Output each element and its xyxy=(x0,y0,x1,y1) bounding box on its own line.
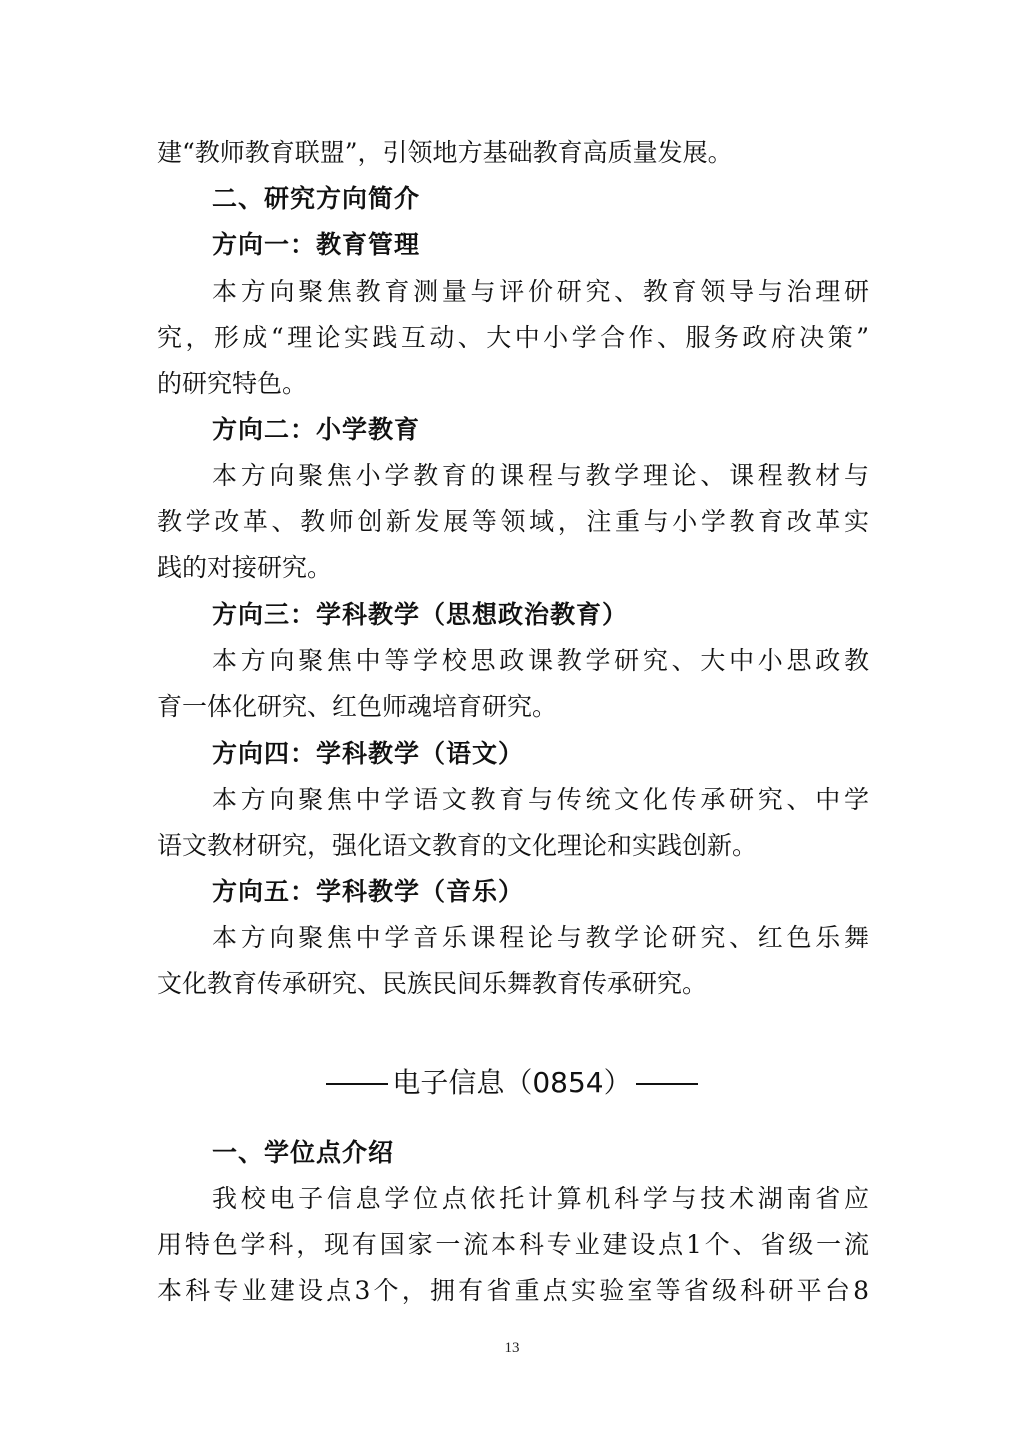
continuation-paragraph-line: 建“教师教育联盟”，引领地方基础教育高质量发展。 xyxy=(157,130,869,176)
direction-3-paragraph-line: 育一体化研究、红色师魂培育研究。 xyxy=(157,684,869,730)
section-heading-degree-intro: 一、学位点介绍 xyxy=(212,1130,394,1176)
direction-1-heading: 方向一：教育管理 xyxy=(212,222,420,268)
direction-4-paragraph-line: 本方向聚焦中学语文教育与传统文化传承研究、中学 xyxy=(212,777,869,823)
degree-intro-paragraph-line: 本科专业建设点3个，拥有省重点实验室等省级科研平台8 xyxy=(157,1268,869,1314)
degree-intro-paragraph-line: 我校电子信息学位点依托计算机科学与技术湖南省应 xyxy=(212,1176,869,1222)
direction-2-heading: 方向二：小学教育 xyxy=(212,407,420,453)
program-title: 电子信息（0854） xyxy=(0,1058,1024,1108)
direction-2-paragraph-line: 践的对接研究。 xyxy=(157,545,869,591)
direction-3-heading: 方向三：学科教学（思想政治教育） xyxy=(212,592,628,638)
document-page: 建“教师教育联盟”，引领地方基础教育高质量发展。 二、研究方向简介 方向一：教育… xyxy=(0,0,1024,1448)
direction-3-paragraph-line: 本方向聚焦中等学校思政课教学研究、大中小思政教 xyxy=(212,638,869,684)
section-heading-research-directions: 二、研究方向简介 xyxy=(212,176,420,222)
page-number: 13 xyxy=(0,1340,1024,1357)
direction-4-paragraph-line: 语文教材研究，强化语文教育的文化理论和实践创新。 xyxy=(157,823,869,869)
program-title-text: 电子信息（0854） xyxy=(392,1066,631,1099)
degree-intro-paragraph-line: 用特色学科，现有国家一流本科专业建设点1个、省级一流 xyxy=(157,1222,869,1268)
direction-5-paragraph-line: 文化教育传承研究、民族民间乐舞教育传承研究。 xyxy=(157,961,869,1007)
direction-5-heading: 方向五：学科教学（音乐） xyxy=(212,869,524,915)
direction-1-paragraph-line: 本方向聚焦教育测量与评价研究、教育领导与治理研 xyxy=(212,269,869,315)
direction-4-heading: 方向四：学科教学（语文） xyxy=(212,731,524,777)
direction-1-paragraph-line: 究，形成“理论实践互动、大中小学合作、服务政府决策” xyxy=(157,315,869,361)
direction-2-paragraph-line: 教学改革、教师创新发展等领域，注重与小学教育改革实 xyxy=(157,499,869,545)
title-dash-left xyxy=(326,1083,388,1085)
direction-2-paragraph-line: 本方向聚焦小学教育的课程与教学理论、课程教材与 xyxy=(212,453,869,499)
direction-1-paragraph-line: 的研究特色。 xyxy=(157,361,869,407)
direction-5-paragraph-line: 本方向聚焦中学音乐课程论与教学论研究、红色乐舞 xyxy=(212,915,869,961)
title-dash-right xyxy=(636,1083,698,1085)
